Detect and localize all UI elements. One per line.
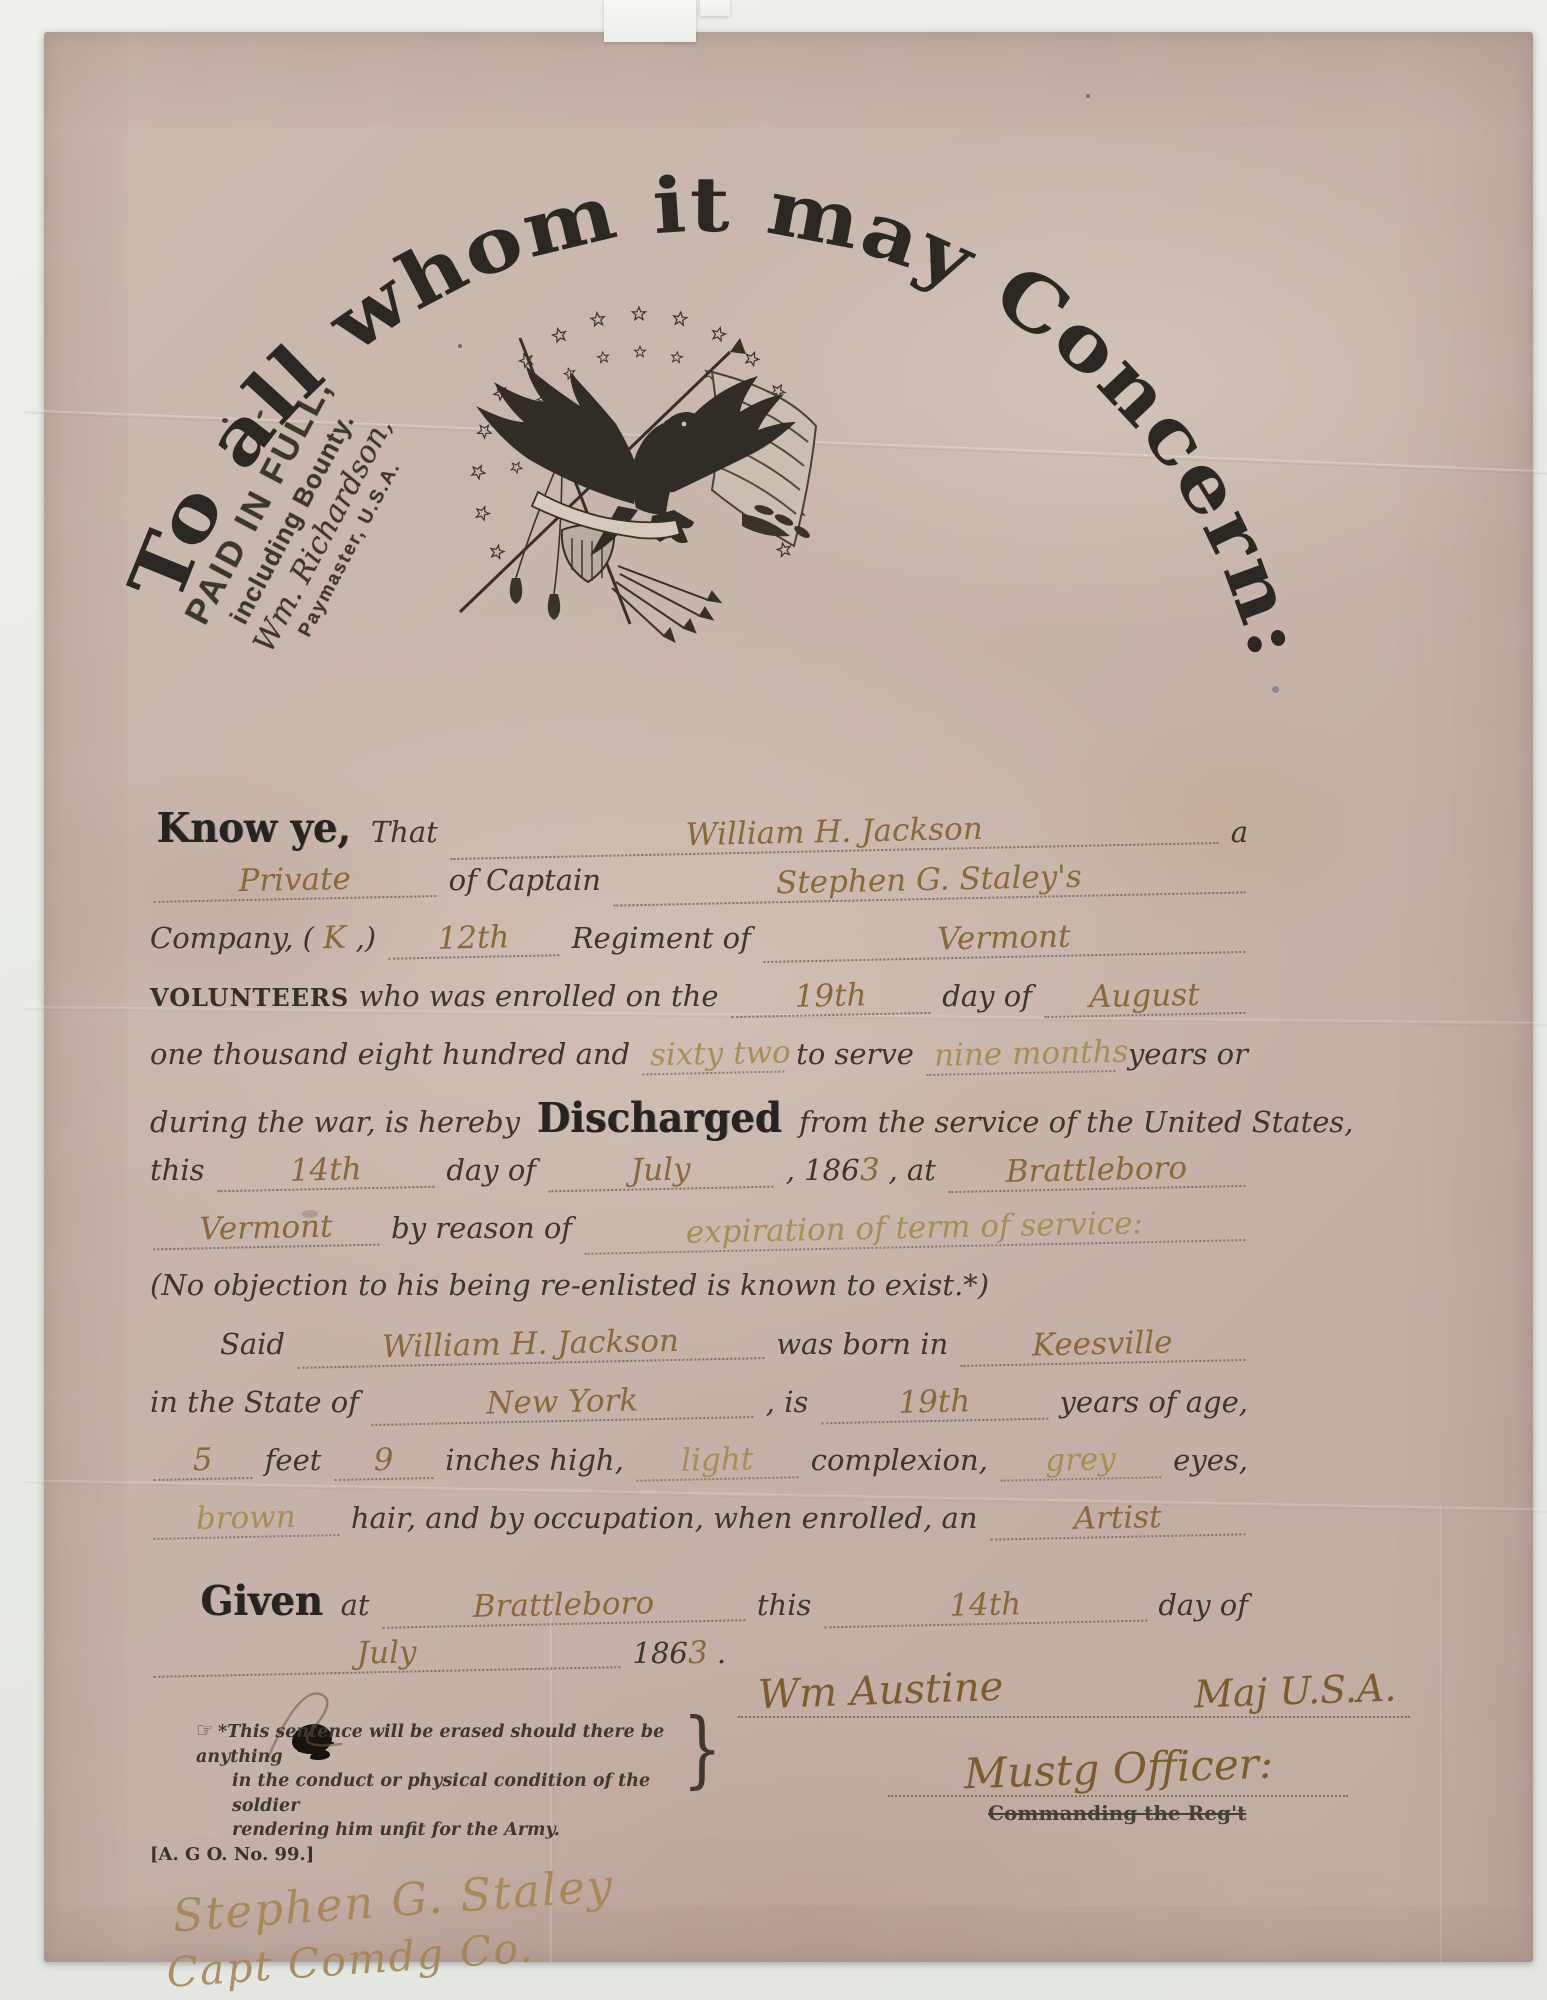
handwritten-entry: grey [1000, 1440, 1162, 1481]
star-glyph [711, 326, 727, 342]
printed-text: , at [879, 1153, 945, 1187]
printed-text: Said [220, 1327, 294, 1361]
document-line: Know ye, That William H. Jackson a [150, 804, 1248, 861]
handwritten-entry: Brattleboro [381, 1583, 745, 1629]
fold-crease-vertical [1440, 1502, 1444, 1962]
handwritten-entry: William H. Jackson [297, 1321, 764, 1369]
printed-text: day of [437, 1153, 545, 1187]
printed-text: That [371, 815, 447, 849]
handwritten-entry: expiration of term of service: [584, 1203, 1245, 1255]
handwritten-entry: Private [153, 859, 437, 903]
handwritten-entry: nine months [926, 1034, 1116, 1076]
fine-print-note: ☞*This sentence will be erased should th… [196, 1716, 716, 1843]
certificate-body-text: Know ye, That William H. Jackson aPrivat… [150, 804, 1248, 1693]
printed-text: 3 [688, 1635, 708, 1671]
officer-role: Mustg Officer: [963, 1739, 1273, 1799]
officer-signature: Wm Austine [757, 1664, 1004, 1719]
document-line: (No objection to his being re-enlisted i… [150, 1268, 1248, 1325]
document-line: Vermont by reason of expiration of term … [150, 1210, 1248, 1267]
printed-text: day of [1149, 1588, 1248, 1622]
handwritten-entry: brown [153, 1498, 339, 1540]
star-glyph [590, 312, 605, 326]
handwritten-entry: July [548, 1150, 774, 1193]
document-line: VOLUNTEERS who was enrolled on the 19th … [150, 978, 1248, 1035]
handwritten-entry: Artist [989, 1497, 1245, 1540]
printed-text: Company, ( [150, 921, 323, 955]
printed-text: of Captain [439, 863, 610, 897]
officer-rank: Maj U.S.A. [1193, 1665, 1397, 1716]
printed-text: , 186 [777, 1153, 860, 1187]
handwritten-entry: Stephen G. Staley's [613, 855, 1245, 906]
printed-text: this [748, 1588, 821, 1622]
printed-text: eyes, [1164, 1443, 1248, 1477]
star-glyph [671, 351, 683, 363]
printed-text: to serve [787, 1037, 923, 1071]
printed-text: inches high, [436, 1443, 633, 1477]
printed-text: 186 [623, 1636, 688, 1670]
star-glyph [673, 311, 688, 325]
printed-text: VOLUNTEERS [150, 983, 359, 1012]
star-glyph [632, 307, 645, 320]
handwritten-entry: 19th [820, 1382, 1047, 1425]
printed-text: was born in [767, 1327, 957, 1361]
printed-text: day of [933, 979, 1041, 1013]
spearhead [730, 338, 746, 354]
printed-text: from the service of the United States, [790, 1105, 1354, 1139]
document-line: in the State of New York , is 19th years… [150, 1384, 1248, 1441]
handwritten-entry: William H. Jackson [450, 806, 1219, 860]
handwritten-entry: 12th [388, 918, 560, 960]
document-line: Given at Brattleboro this 14th day of [150, 1577, 1248, 1634]
handwritten-entry: sixty two [642, 1035, 784, 1076]
printed-text: one thousand eight hundred and [150, 1037, 639, 1071]
brace-glyph: } [683, 1699, 722, 1798]
star-glyph [744, 350, 761, 367]
document-line: one thousand eight hundred and sixty two… [150, 1036, 1248, 1093]
printed-text: feet [255, 1443, 330, 1477]
handwritten-entry: New York [371, 1380, 754, 1426]
printed-text: by reason of [382, 1211, 581, 1245]
handwritten-entry: Keesville [960, 1323, 1245, 1367]
handwritten-entry: Brattleboro [948, 1149, 1246, 1193]
struck-printed-title: Commanding the Reg't [988, 1801, 1410, 1825]
tape-strip [604, 0, 696, 42]
star-glyph [597, 351, 609, 363]
printed-text: . [708, 1636, 726, 1670]
printed-text: hair, and by occupation, when enrolled, … [342, 1501, 987, 1535]
printed-text: who was enrolled on the [359, 979, 728, 1013]
handwritten-entry: light [636, 1440, 799, 1481]
printed-text: Given [200, 1577, 336, 1625]
handwritten-entry: 5 [153, 1441, 253, 1481]
printed-text: (No objection to his being re-enlisted i… [150, 1268, 989, 1302]
pointing-hand-icon: ☞ [196, 1718, 214, 1742]
printed-text: years or [1119, 1037, 1248, 1071]
discharge-certificate-paper: To all whom it may Concern: [44, 32, 1533, 1962]
document-line: Said William H. Jackson was born in Kees… [150, 1326, 1248, 1383]
mustering-officer-block: Wm Austine Maj U.S.A. Mustg Officer: Com… [738, 1668, 1410, 1825]
handwritten-entry: 14th [216, 1150, 434, 1193]
handwritten-entry: 14th [823, 1584, 1146, 1629]
document-line: Private of Captain Stephen G. Staley's [150, 862, 1248, 919]
photograph-backdrop: { "title": { "text": "To all whom it may… [0, 0, 1547, 2000]
footnote-line: in the conduct or physical condition of … [196, 1769, 680, 1818]
footnote-line: *This sentence will be erased should the… [196, 1722, 664, 1767]
document-line: during the war, is hereby Discharged fro… [150, 1094, 1248, 1151]
handwritten-entry: 19th [730, 976, 930, 1018]
printed-text: during the war, is hereby [150, 1105, 529, 1139]
captain-signature-block: Stephen G. Staley Capt Comdg Co. [171, 1859, 620, 1997]
footnote-line: rendering him unfit for the Army. [196, 1818, 680, 1843]
printed-text: K [323, 920, 347, 956]
handwritten-entry: Vermont [153, 1208, 380, 1251]
printed-text: , is [757, 1385, 818, 1419]
printed-text: ,) [346, 921, 385, 955]
handwritten-entry: July [153, 1630, 621, 1678]
handwritten-entry: August [1044, 976, 1246, 1018]
handwritten-entry: Vermont [763, 915, 1246, 963]
printed-text: in the State of [150, 1385, 368, 1419]
printed-text: Know ye, [157, 804, 365, 852]
tape-strip [700, 0, 730, 16]
printed-text: at [341, 1588, 379, 1622]
printed-text: complexion, [801, 1443, 997, 1477]
document-line: Company, ( K ,) 12th Regiment of Vermont [150, 920, 1248, 977]
document-line: this 14th day of July , 1863 , at Brattl… [150, 1152, 1248, 1209]
printed-text: years of age, [1050, 1385, 1248, 1419]
printed-text: Discharged [537, 1094, 782, 1142]
printed-text: a [1221, 815, 1248, 849]
printed-text: 3 [859, 1152, 879, 1188]
document-line: brown hair, and by occupation, when enro… [150, 1500, 1248, 1557]
ago-reference: [A. G O. No. 99.] [150, 1844, 314, 1865]
star-glyph [551, 327, 567, 343]
document-line: 5 feet 9 inches high, light complexion, … [150, 1442, 1248, 1499]
handwritten-entry: 9 [333, 1441, 433, 1481]
printed-text: Regiment of [562, 921, 760, 955]
printed-text: this [150, 1153, 214, 1187]
star-glyph [635, 346, 646, 356]
